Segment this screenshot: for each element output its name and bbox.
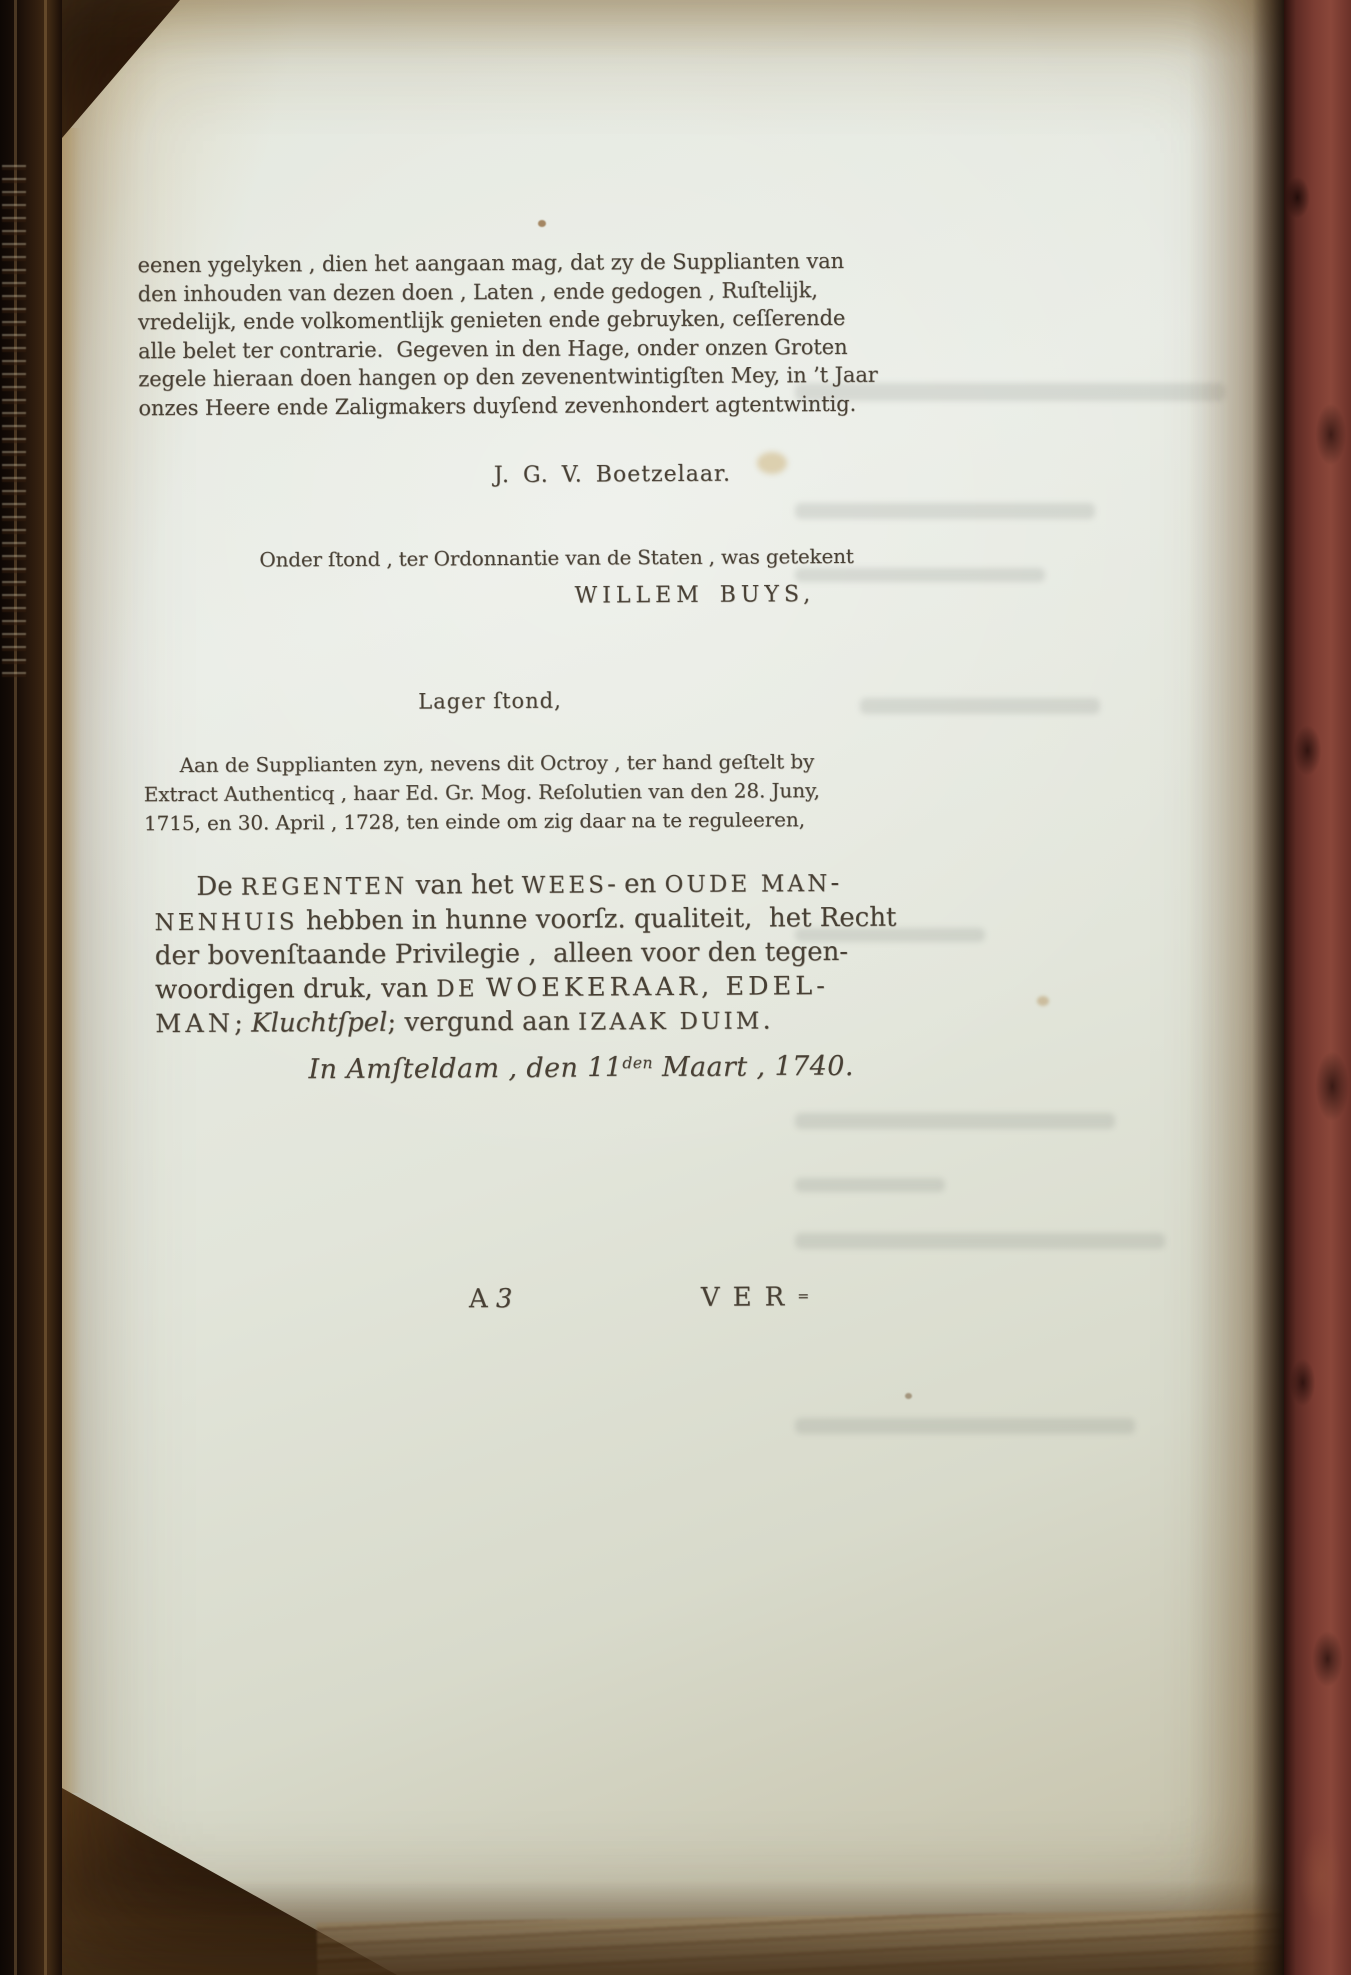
book-photo: eenen ygelyken , dien het aangaan mag, d…	[0, 0, 1351, 1975]
book-cover-edge	[1284, 0, 1351, 1975]
page-edges-left	[0, 0, 62, 1975]
photo-vignette	[62, 0, 1284, 1975]
book-page: eenen ygelyken , dien het aangaan mag, d…	[62, 0, 1284, 1975]
page-cover-gap-shadow	[1252, 0, 1288, 1975]
page-edge-print-marks	[2, 165, 26, 685]
